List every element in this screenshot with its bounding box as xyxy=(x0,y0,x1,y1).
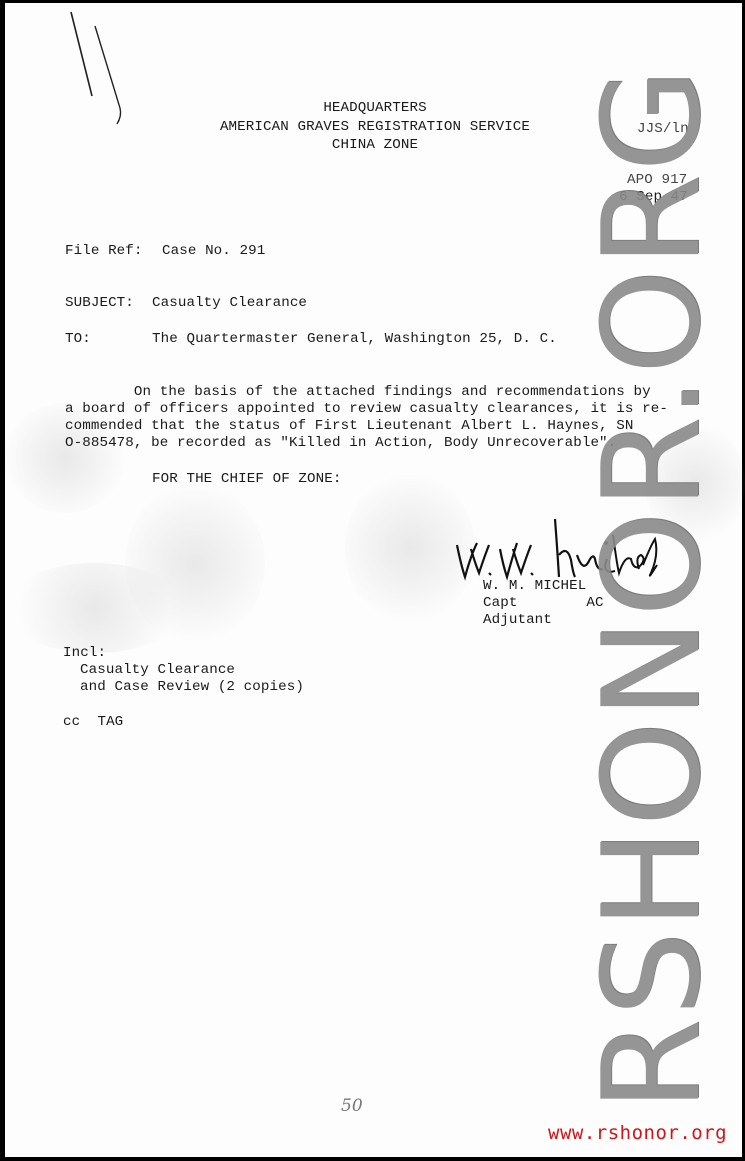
watermark-text: RSHONOR.ORG xyxy=(585,66,719,1111)
page-number: 50 xyxy=(341,1096,363,1116)
to-value: The Quartermaster General, Washington 25… xyxy=(152,331,557,348)
footer-url[interactable]: www.rshonor.org xyxy=(548,1122,727,1144)
body-line: commended that the status of First Lieut… xyxy=(65,418,634,435)
enclosure-item: and Case Review (2 copies) xyxy=(80,679,304,696)
body-line: O-885478, be recorded as "Killed in Acti… xyxy=(65,435,616,452)
closing-line: FOR THE CHIEF OF ZONE: xyxy=(152,471,342,488)
letterhead-zone: CHINA ZONE xyxy=(205,137,545,154)
file-ref-label: File Ref: xyxy=(65,243,143,260)
file-ref-value: Case No. 291 xyxy=(162,243,265,260)
cc-line: cc TAG xyxy=(63,714,123,731)
body-line: On the basis of the attached findings an… xyxy=(65,384,651,401)
signatory-title: Adjutant xyxy=(483,612,552,629)
watermark: RSHONOR.ORG xyxy=(602,126,702,1051)
enclosure-item: Casualty Clearance xyxy=(80,662,235,679)
signatory-name: W. M. MICHEL xyxy=(483,578,586,595)
subject-value: Casualty Clearance xyxy=(152,295,307,312)
handwritten-marks xyxy=(65,8,125,128)
to-label: TO: xyxy=(65,331,91,348)
scan-noise xyxy=(5,563,185,653)
enclosures-label: Incl: xyxy=(63,645,106,662)
letterhead-service: AMERICAN GRAVES REGISTRATION SERVICE xyxy=(185,119,565,136)
letterhead-headquarters: HEADQUARTERS xyxy=(205,100,545,117)
subject-label: SUBJECT: xyxy=(65,295,134,312)
document-page: HEADQUARTERS AMERICAN GRAVES REGISTRATIO… xyxy=(0,0,745,1161)
